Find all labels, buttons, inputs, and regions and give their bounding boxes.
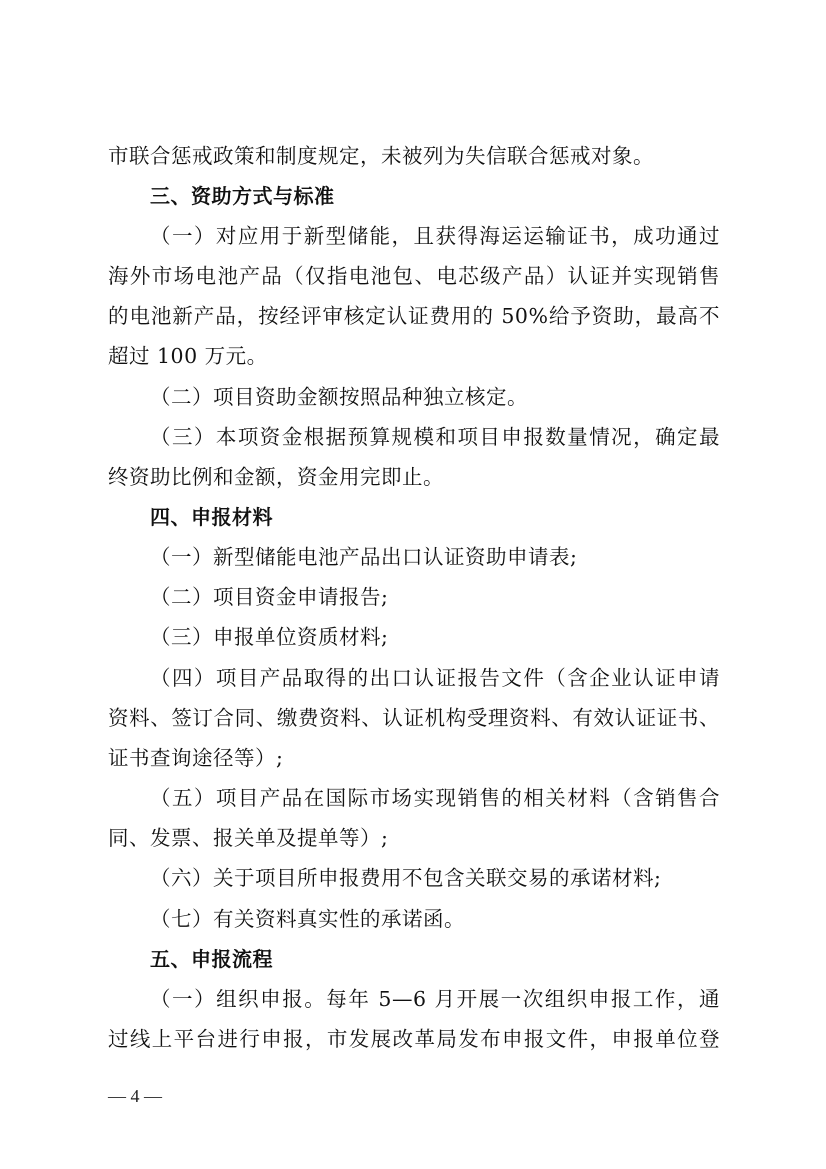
paragraph-line: 同、发票、报关单及提单等）; [108, 823, 720, 853]
paragraph-line: （一）对应用于新型储能，且获得海运运输证书，成功通过 [150, 221, 720, 251]
list-item: （四）项目产品取得的出口认证报告文件（含企业认证申请 [150, 663, 720, 693]
paragraph-line: 市联合惩戒政策和制度规定，未被列为失信联合惩戒对象。 [108, 141, 720, 171]
paragraph-line: 超过 100 万元。 [108, 341, 720, 371]
paragraph-line: 证书查询途径等）; [108, 743, 720, 773]
paragraph-line: （二）项目资助金额按照品种独立核定。 [150, 382, 720, 412]
page-number: — 4 — [108, 1086, 162, 1107]
list-item: （五）项目产品在国际市场实现销售的相关材料（含销售合 [150, 783, 720, 813]
section-heading-3: 三、资助方式与标准 [150, 181, 720, 211]
document-page: 市联合惩戒政策和制度规定，未被列为失信联合惩戒对象。 三、资助方式与标准 （一）… [0, 0, 826, 1169]
list-item: （三）申报单位资质材料; [150, 622, 720, 652]
list-item: （七）有关资料真实性的承诺函。 [150, 904, 720, 934]
list-item: （六）关于项目所申报费用不包含关联交易的承诺材料; [150, 863, 720, 893]
paragraph-line: （三）本项资金根据预算规模和项目申报数量情况，确定最 [150, 422, 720, 452]
section-heading-4: 四、申报材料 [150, 502, 720, 532]
list-item: （二）项目资金申请报告; [150, 582, 720, 612]
paragraph-line: 过线上平台进行申报，市发展改革局发布申报文件，申报单位登 [108, 1024, 720, 1054]
paragraph-line: 海外市场电池产品（仅指电池包、电芯级产品）认证并实现销售 [108, 261, 720, 291]
section-heading-5: 五、申报流程 [150, 944, 720, 974]
paragraph-line: 资料、签订合同、缴费资料、认证机构受理资料、有效认证证书、 [108, 703, 720, 733]
list-item: （一）新型储能电池产品出口认证资助申请表; [150, 542, 720, 572]
paragraph-line: 的电池新产品，按经评审核定认证费用的 50%给予资助，最高不 [108, 301, 720, 331]
paragraph-line: （一）组织申报。每年 5—6 月开展一次组织申报工作，通 [150, 984, 720, 1014]
paragraph-line: 终资助比例和金额，资金用完即止。 [108, 462, 720, 492]
